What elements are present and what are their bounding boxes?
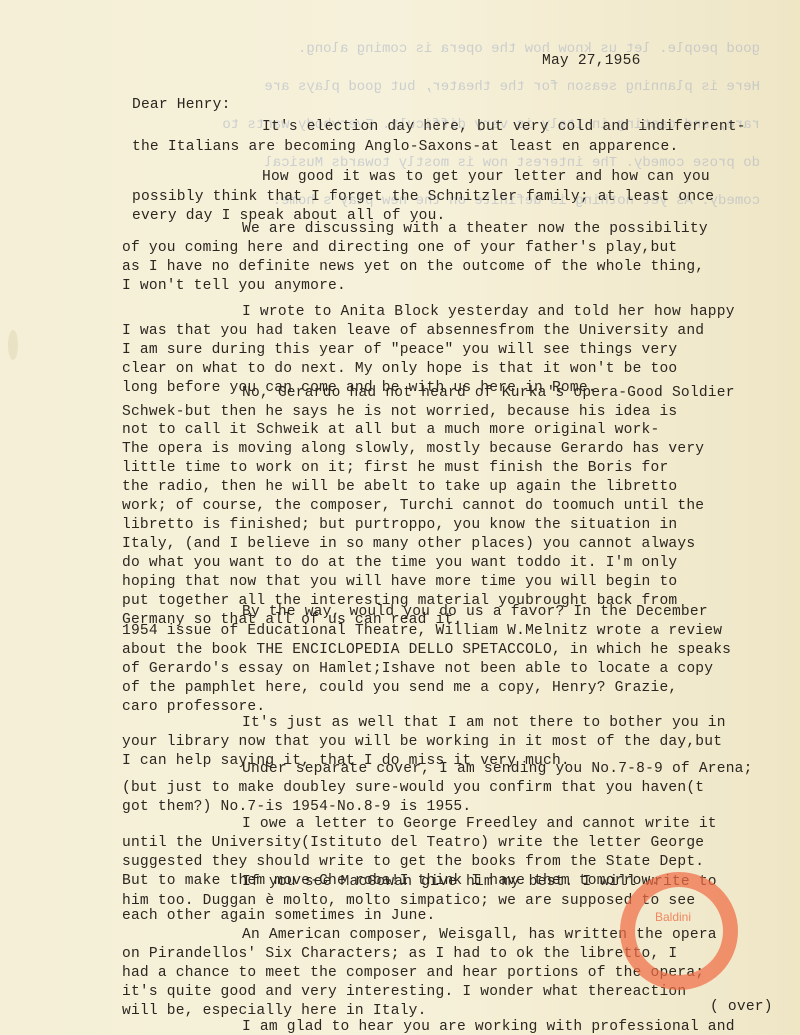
- letter-page: good people. let us know how the opera i…: [0, 0, 800, 1035]
- letter-line: I was that you had taken leave of absenn…: [122, 322, 704, 342]
- letter-line: each other again sometimes in June.: [122, 907, 436, 927]
- letter-line: had a chance to meet the composer and he…: [122, 964, 704, 984]
- letter-line: (but just to make doubley sure-would you…: [122, 779, 704, 799]
- archive-stamp: [620, 872, 738, 990]
- letter-line: the Italians are becoming Anglo-Saxons-a…: [132, 138, 678, 158]
- letter-line: The opera is moving along slowly, mostly…: [122, 440, 704, 460]
- letter-line: do what you want to do at the time you w…: [122, 554, 677, 574]
- letter-line: Schwek-but then he says he is not worrie…: [122, 403, 677, 423]
- letter-line: work; of course, the composer, Turchi ca…: [122, 497, 704, 517]
- letter-line: of you coming here and directing one of …: [122, 239, 677, 259]
- letter-line: 1954 issue of Educational Theatre, Willi…: [122, 622, 722, 642]
- letter-line: until the University(Istituto del Teatro…: [122, 834, 704, 854]
- letter-body: May 27,1956 Dear Henry: ( over) It's ele…: [132, 0, 782, 98]
- letter-line: of Gerardo's essay on Hamlet;Ishave not …: [122, 660, 713, 680]
- letter-line: By the way, would you do us a favor? In …: [242, 603, 708, 623]
- letter-line: Italy, (and I believe in so many other p…: [122, 535, 695, 555]
- letter-line: It's election day here, but very cold an…: [262, 118, 746, 138]
- letter-line: hoping that now that you will have more …: [122, 573, 677, 593]
- letter-line: of the pamphlet here, could you send me …: [122, 679, 677, 699]
- letter-line: I won't tell you anymore.: [122, 277, 346, 297]
- letter-line: as I have no definite news yet on the ou…: [122, 258, 704, 278]
- letter-line: the radio, then he will be abelt to take…: [122, 478, 677, 498]
- letter-date: May 27,1956: [542, 52, 641, 72]
- salutation: Dear Henry:: [132, 96, 231, 116]
- letter-line: I am glad to hear you are working with p…: [242, 1018, 735, 1035]
- letter-line: it's quite good and very interesting. I …: [122, 983, 686, 1003]
- letter-line: on Pirandellos' Six Characters; as I had…: [122, 945, 677, 965]
- letter-line: We are discussing with a theater now the…: [242, 220, 708, 240]
- letter-line: little time to work on it; first he must…: [122, 459, 668, 479]
- letter-line: I wrote to Anita Block yesterday and tol…: [242, 303, 735, 323]
- punch-hole: [8, 330, 18, 360]
- letter-line: I owe a letter to George Freedley and ca…: [242, 815, 717, 835]
- letter-line: Under separate cover, I am sending you N…: [242, 760, 753, 780]
- letter-line: suggested they should write to get the b…: [122, 853, 704, 873]
- letter-line: possibly think that I forget the Schnitz…: [132, 188, 714, 208]
- stamp-label: Baldini: [655, 910, 691, 924]
- continuation-note: ( over): [710, 998, 773, 1018]
- letter-line: libretto is finished; but purtroppo, you…: [122, 516, 677, 536]
- letter-line: How good it was to get your letter and h…: [262, 168, 710, 188]
- letter-line: No, Gerardo had not heard of Kurka's ope…: [242, 384, 735, 404]
- letter-line: about the book THE ENCICLOPEDIA DELLO SP…: [122, 641, 731, 661]
- letter-line: your library now that you will be workin…: [122, 733, 722, 753]
- letter-line: It's just as well that I am not there to…: [242, 714, 726, 734]
- letter-line: I am sure during this year of "peace" yo…: [122, 341, 677, 361]
- letter-line: clear on what to do next. My only hope i…: [122, 360, 677, 380]
- letter-line: not to call it Schweik at all but a much…: [122, 421, 659, 441]
